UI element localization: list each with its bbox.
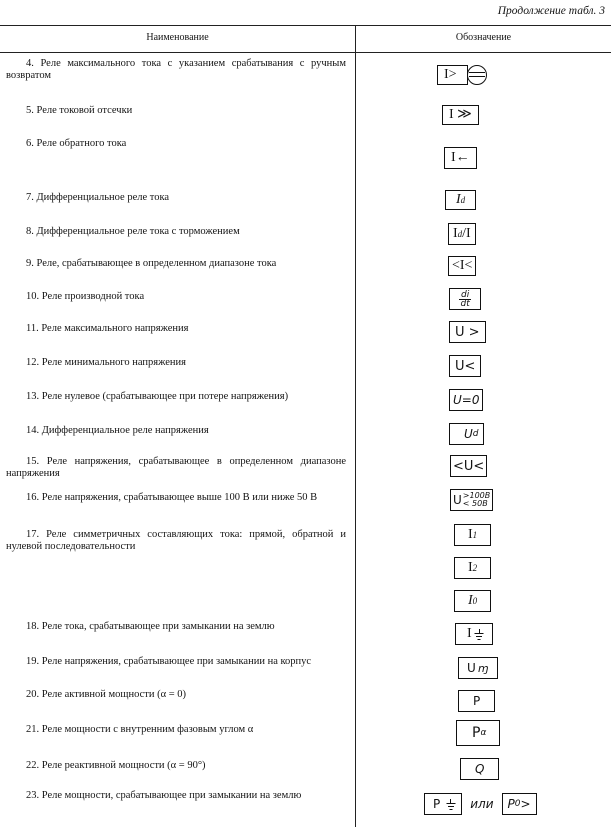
symbol-differential-current: Id (445, 190, 476, 210)
symbol-text: I> (444, 68, 457, 82)
symbol-subscript: d (461, 196, 466, 205)
symbol-box: I ≫ (442, 105, 479, 125)
table-row-text: 11. Реле максимального напряжения (6, 323, 346, 335)
table-row-text: 6. Реле обратного тока (6, 138, 346, 150)
table-row-text: 23. Реле мощности, срабатывающее при зам… (6, 790, 346, 802)
ground-icon (446, 799, 455, 809)
symbol-box: Uɱ (458, 657, 498, 679)
symbol-text: I← (451, 151, 470, 165)
symbol-box: Id/I (448, 223, 476, 245)
symbol-reverse-current: I← (444, 147, 477, 169)
symbol-reactive-power: Q (460, 758, 499, 780)
table-top-rule (0, 25, 611, 26)
symbol-power-phase-angle: Pα (456, 720, 500, 746)
symbol-negative-sequence: I2 (454, 557, 491, 579)
symbol-text: U > (455, 326, 480, 339)
symbol-subscript: α (480, 729, 486, 738)
voltage-limits: >100B< 50B (463, 492, 490, 508)
symbol-subscript: 2 (473, 564, 478, 573)
ground-icon (475, 629, 484, 639)
derivative-fraction: didt (459, 291, 471, 308)
symbol-differential-restraint: Id/I (448, 223, 476, 245)
symbol-subscript: 0 (473, 597, 478, 606)
symbol-box: Id (445, 190, 476, 210)
fraction-denominator: dt (460, 300, 469, 308)
lower-limit: < 50B (463, 500, 490, 508)
symbol-box-alt: P0 > (502, 793, 537, 815)
symbol-frame-fault-voltage: Uɱ (458, 657, 498, 679)
symbol-overvoltage: U > (449, 321, 486, 343)
table-row-text: 14. Дифференциальное реле напряжения (6, 425, 346, 437)
symbol-undervoltage: U< (449, 355, 481, 377)
table-row-text: 20. Реле активной мощности (α = 0) (6, 689, 346, 701)
table-row-text: 15. Реле напряжения, срабатывающее в опр… (6, 456, 346, 480)
symbol-earth-fault-current: I (455, 623, 493, 645)
table-row-text: 12. Реле минимального напряжения (6, 357, 346, 369)
table-row-text: 5. Реле токовой отсечки (6, 105, 346, 117)
symbol-box: U< (449, 355, 481, 377)
table-row-text: 4. Реле максимального тока с указанием с… (6, 58, 346, 82)
symbol-box: I1 (454, 524, 491, 546)
symbol-text: U=0 (453, 394, 479, 406)
symbol-text: Q (475, 763, 484, 775)
symbol-box: Ud (449, 423, 484, 445)
symbol-current-range: <I< (448, 256, 476, 276)
table-row-text: 8. Дифференциальное реле тока с торможен… (6, 226, 346, 238)
symbol-box: U=0 (449, 389, 483, 411)
symbol-subscript: 1 (473, 531, 478, 540)
column-divider (355, 25, 356, 827)
symbol-instantaneous-overcurrent: I ≫ (442, 105, 479, 125)
manual-reset-icon (467, 65, 487, 85)
table-caption: Продолжение табл. 3 (498, 5, 605, 17)
table-row-text: 10. Реле производной тока (6, 291, 346, 303)
table-row-text: 7. Дифференциальное реле тока (6, 192, 346, 204)
symbol-box: I0 (454, 590, 491, 612)
table-row-text: 17. Реле симметричных составляющих тока:… (6, 529, 346, 553)
symbol-text: U (467, 662, 476, 674)
symbol-earth-fault-power: P или P0 > (424, 793, 537, 815)
symbol-text: I ≫ (449, 108, 472, 122)
table-row-text: 9. Реле, срабатывающее в определенном ди… (6, 258, 346, 270)
symbol-box: I2 (454, 557, 491, 579)
chassis-icon: ɱ (478, 663, 489, 674)
symbol-text: U (464, 428, 473, 440)
symbol-box: I (455, 623, 493, 645)
symbol-box: U > (449, 321, 486, 343)
symbol-box: didt (449, 288, 481, 310)
table-row-text: 19. Реле напряжения, срабатывающее при з… (6, 656, 346, 668)
symbol-box: I> (437, 65, 468, 85)
symbol-subscript: d (473, 430, 479, 439)
symbol-text: > (521, 798, 531, 810)
header-symbol: Обозначение (356, 32, 611, 43)
symbol-box: I← (444, 147, 477, 169)
symbol-box: <I< (448, 256, 476, 276)
symbol-box: P (458, 690, 495, 712)
table-row-text: 16. Реле напряжения, срабатывающее выше … (6, 492, 346, 504)
symbol-box: Q (460, 758, 499, 780)
symbol-text: P (472, 726, 480, 740)
table-row-text: 21. Реле мощности с внутренним фазовым у… (6, 724, 346, 736)
table-row-text: 22. Реле реактивной мощности (α = 90°) (6, 760, 346, 772)
symbol-box: U>100B< 50B (450, 489, 493, 511)
symbol-text: U (453, 494, 462, 506)
symbol-active-power: P (458, 690, 495, 712)
table-row-text: 18. Реле тока, срабатывающее при замыкан… (6, 621, 346, 633)
symbol-text: P (433, 798, 440, 810)
symbol-positive-sequence: I1 (454, 524, 491, 546)
symbol-text: <U< (453, 460, 484, 473)
symbol-zero-sequence: I0 (454, 590, 491, 612)
symbol-current-derivative: didt (449, 288, 481, 310)
symbol-overcurrent-manual-reset: I> (437, 65, 487, 85)
symbol-text: P (473, 695, 480, 707)
header-name: Наименование (0, 32, 355, 43)
symbol-differential-voltage: Ud (449, 423, 484, 445)
symbol-text: /I (462, 227, 471, 241)
symbol-text: I (467, 627, 472, 641)
symbol-box: P (424, 793, 462, 815)
or-label: или (470, 797, 493, 811)
symbol-zero-voltage: U=0 (449, 389, 483, 411)
symbol-text: <I< (452, 259, 472, 273)
header-bottom-rule (0, 52, 611, 53)
symbol-box: <U< (450, 455, 487, 477)
symbol-voltage-window: U>100B< 50B (450, 489, 493, 511)
symbol-box: Pα (456, 720, 500, 746)
symbol-text: U< (455, 360, 475, 373)
symbol-text: P (508, 798, 515, 810)
symbol-voltage-range: <U< (450, 455, 487, 477)
table-row-text: 13. Реле нулевое (срабатывающее при поте… (6, 391, 346, 403)
